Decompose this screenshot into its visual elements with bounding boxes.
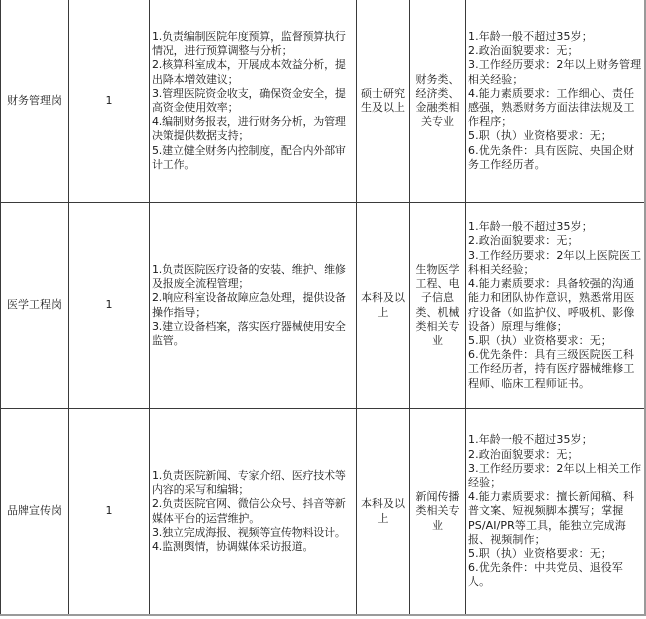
duty-item: 4.监测舆情，协调媒体采访报道。 (152, 540, 354, 554)
requirement-item: 4.能力素质要求：工作细心、责任感强，熟悉财务方面法律法规及工作程序； (468, 87, 642, 130)
job-positions-table: 财务管理岗 1 1.负责编制医院年度预算，监督预算执行情况，进行预算调整与分析；… (0, 0, 646, 616)
duty-item: 3.管理医院资金收支，确保资金安全，提高资金使用效率； (152, 87, 354, 115)
duties-cell: 1.负责编制医院年度预算，监督预算执行情况，进行预算调整与分析； 2.核算科室成… (150, 0, 357, 203)
duty-item: 3.建立设备档案，落实医疗器械使用安全监管。 (152, 320, 354, 348)
requirement-item: 1.年龄一般不超过35岁； (468, 30, 642, 44)
requirements-cell: 1.年龄一般不超过35岁； 2.政治面貌要求：无； 3.工作经历要求：2年以上医… (466, 203, 645, 409)
requirement-item: 4.能力素质要求：擅长新闻稿、科普文案、短视频脚本撰写；掌握PS/AI/PR等工… (468, 490, 642, 547)
duty-item: 1.负责医院新闻、专家介绍、医疗技术等内容的采写和编辑； (152, 469, 354, 497)
education-cell: 本科及以上 (357, 409, 410, 616)
duty-item: 5.建立健全财务内控制度，配合内外部审计工作。 (152, 144, 354, 172)
duty-item: 1.负责编制医院年度预算，监督预算执行情况，进行预算调整与分析； (152, 30, 354, 58)
requirement-item: 3.工作经历要求：2年以上财务管理相关经验； (468, 58, 642, 86)
duty-item: 4.编制财务报表，进行财务分析，为管理决策提供数据支持； (152, 115, 354, 143)
headcount-cell: 1 (69, 0, 150, 203)
requirement-item: 2.政治面貌要求：无； (468, 44, 642, 58)
requirements-cell: 1.年龄一般不超过35岁； 2.政治面貌要求：无； 3.工作经历要求：2年以上财… (466, 0, 645, 203)
major-cell: 新闻传播类相关专业 (410, 409, 466, 616)
requirement-item: 1.年龄一般不超过35岁； (468, 220, 642, 234)
duty-item: 2.负责医院官网、微信公众号、抖音等新媒体平台的运营维护。 (152, 497, 354, 525)
requirement-item: 2.政治面貌要求：无； (468, 448, 642, 462)
requirement-item: 5.职（执）业资格要求：无； (468, 129, 642, 143)
requirement-item: 3.工作经历要求：2年以上相关工作经验； (468, 462, 642, 490)
requirement-item: 6.优先条件：具有医院、央国企财务工作经历者。 (468, 144, 642, 172)
headcount-cell: 1 (69, 203, 150, 409)
requirement-item: 6.优先条件：中共党员、退役军人。 (468, 561, 642, 589)
requirement-item: 4.能力素质要求：具备较强的沟通能力和团队协作意识，熟悉常用医疗设备（如监护仪、… (468, 277, 642, 334)
duty-item: 1.负责医院医疗设备的安装、维护、维修及报废全流程管理； (152, 263, 354, 291)
table-row: 财务管理岗 1 1.负责编制医院年度预算，监督预算执行情况，进行预算调整与分析；… (1, 0, 645, 203)
education-cell: 本科及以上 (357, 203, 410, 409)
table-row: 品牌宣传岗 1 1.负责医院新闻、专家介绍、医疗技术等内容的采写和编辑； 2.负… (1, 409, 645, 616)
major-cell: 生物医学工程、电子信息类、机械类相关专业 (410, 203, 466, 409)
duty-item: 2.响应科室设备故障应急处理，提供设备操作指导； (152, 291, 354, 319)
position-cell: 财务管理岗 (1, 0, 69, 203)
table-row: 医学工程岗 1 1.负责医院医疗设备的安装、维护、维修及报废全流程管理； 2.响… (1, 203, 645, 409)
position-cell: 医学工程岗 (1, 203, 69, 409)
major-cell: 财务类、经济类、金融类相关专业 (410, 0, 466, 203)
education-cell: 硕士研究生及以上 (357, 0, 410, 203)
requirement-item: 1.年龄一般不超过35岁； (468, 433, 642, 447)
requirement-item: 3.工作经历要求：2年以上医院医工科相关经验； (468, 249, 642, 277)
requirements-cell: 1.年龄一般不超过35岁； 2.政治面貌要求：无； 3.工作经历要求：2年以上相… (466, 409, 645, 616)
position-cell: 品牌宣传岗 (1, 409, 69, 616)
requirement-item: 2.政治面貌要求：无； (468, 234, 642, 248)
duties-cell: 1.负责医院医疗设备的安装、维护、维修及报废全流程管理； 2.响应科室设备故障应… (150, 203, 357, 409)
duty-item: 3.独立完成海报、视频等宣传物料设计。 (152, 526, 354, 540)
duty-item: 2.核算科室成本，开展成本效益分析，提出降本增效建议； (152, 58, 354, 86)
requirement-item: 5.职（执）业资格要求：无； (468, 547, 642, 561)
headcount-cell: 1 (69, 409, 150, 616)
requirement-item: 6.优先条件：具有三级医院医工科工作经历者，持有医疗器械维修工程师、临床工程师证… (468, 348, 642, 391)
requirement-item: 5.职（执）业资格要求：无； (468, 334, 642, 348)
duties-cell: 1.负责医院新闻、专家介绍、医疗技术等内容的采写和编辑； 2.负责医院官网、微信… (150, 409, 357, 616)
